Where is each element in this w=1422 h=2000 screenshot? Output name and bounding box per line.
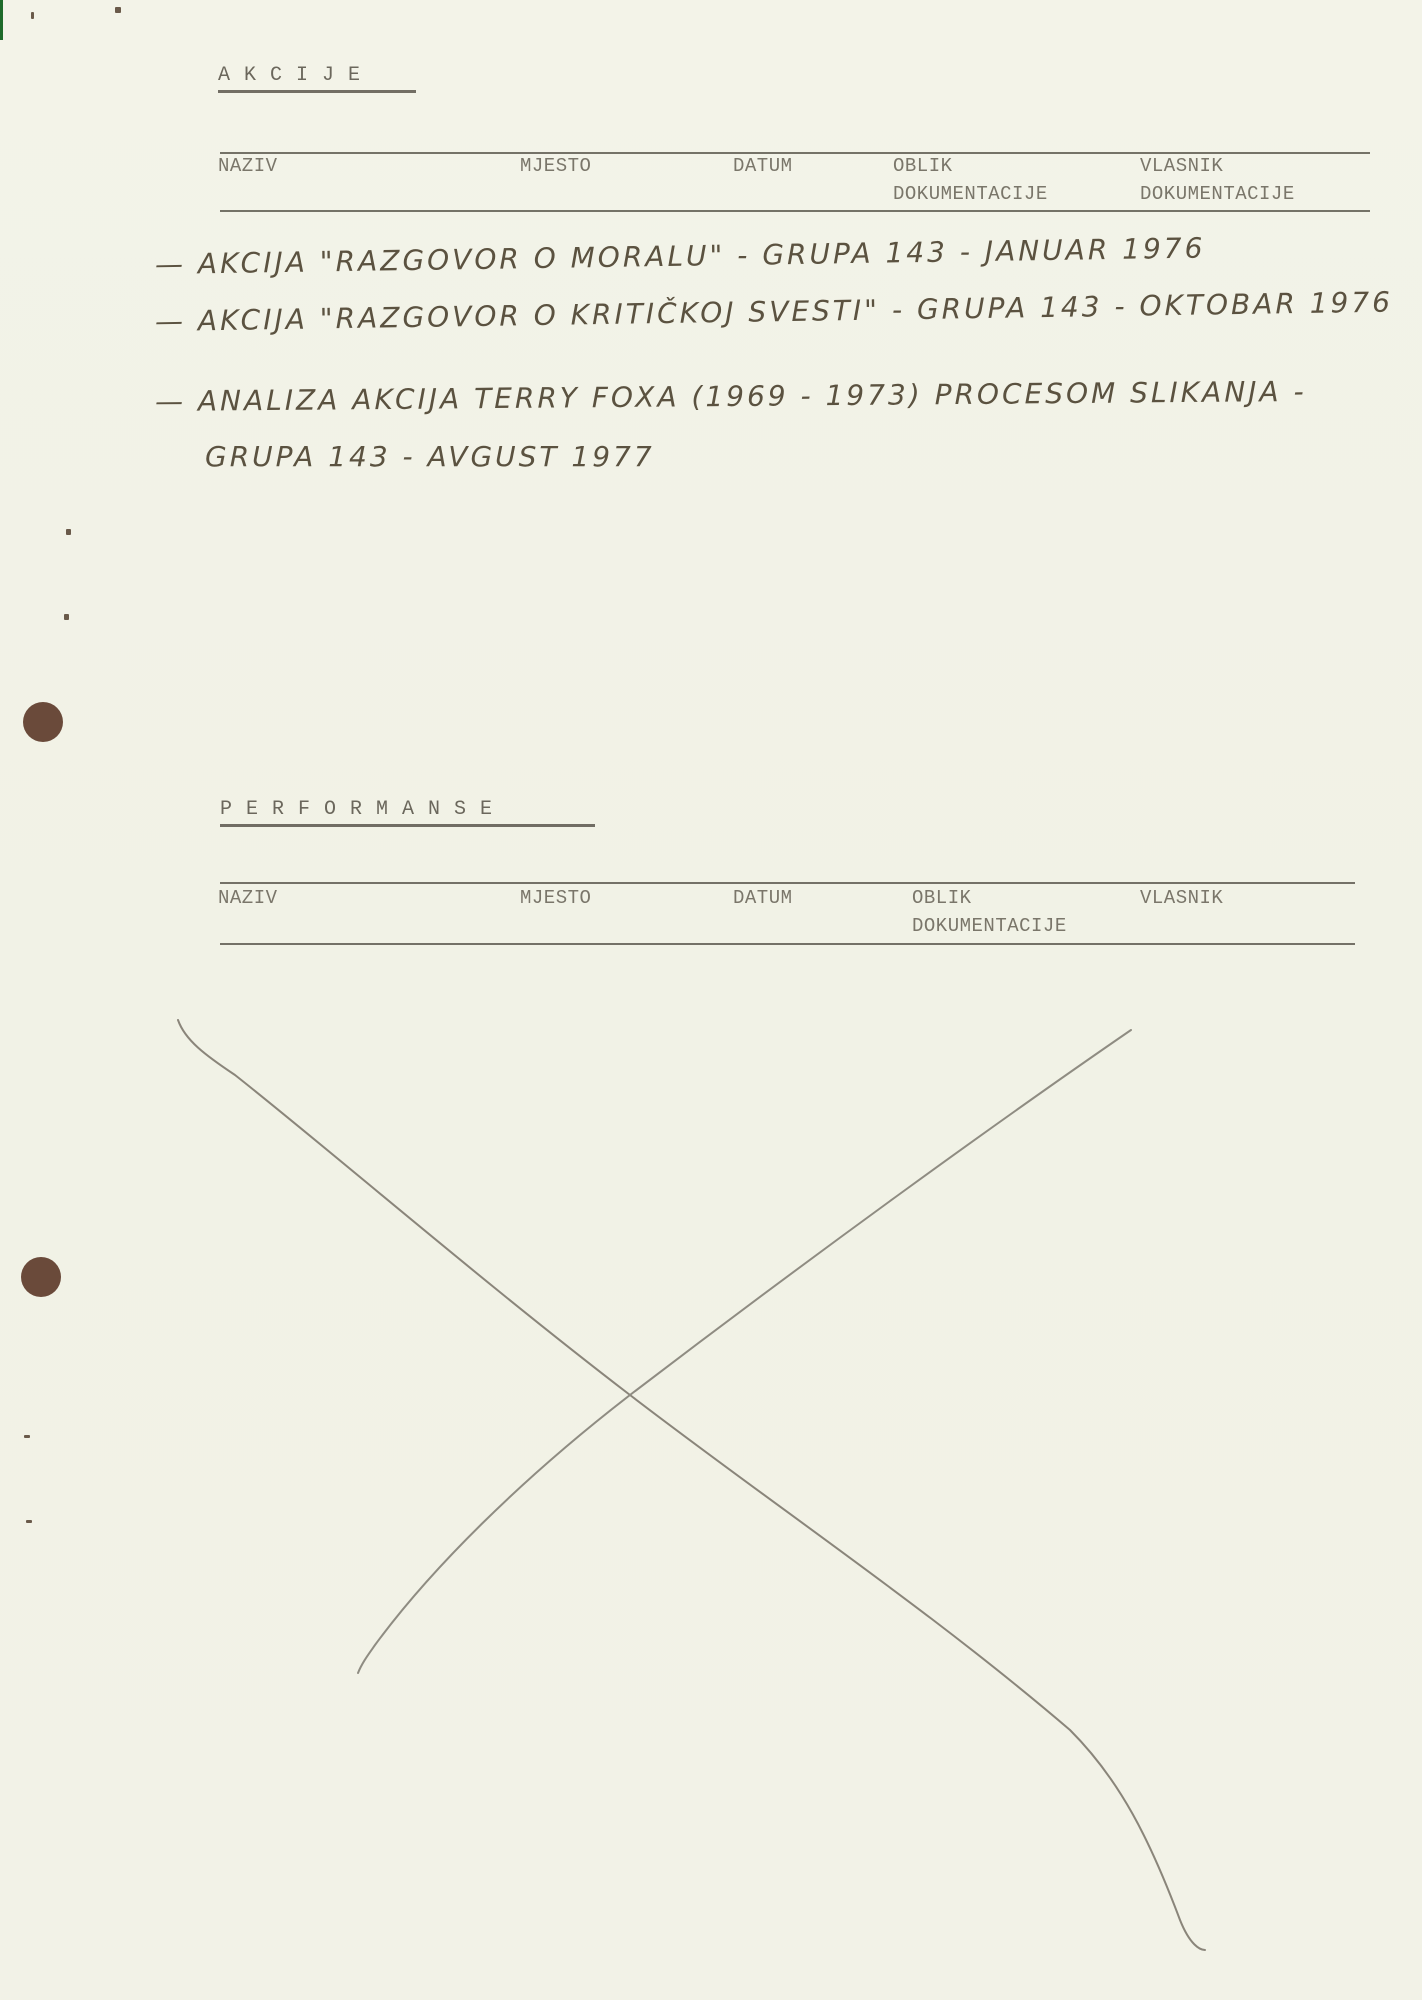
cross-stroke-2 bbox=[358, 1030, 1131, 1673]
cross-out-mark bbox=[0, 0, 1422, 2000]
cross-stroke-1 bbox=[178, 1020, 1205, 1950]
document-page: AKCIJE NAZIV MJESTO DATUM OBLIK DOKUMENT… bbox=[0, 0, 1422, 2000]
